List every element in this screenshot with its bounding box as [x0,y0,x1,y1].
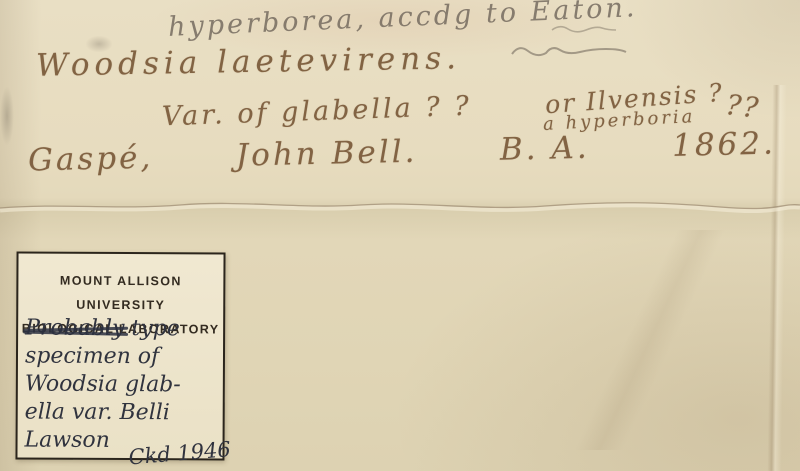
label-note-line-1-rest: type [124,316,180,341]
label-note-line-4: ella var. Belli [25,398,181,427]
collector-name: John Bell. [235,134,417,174]
collection-year: 1862. [672,126,777,164]
label-note-line-3: Woodsia glab- [25,370,181,399]
label-note-line-1: Probably type [25,315,181,344]
variety-query-marks: ?? [724,88,762,125]
pencil-smudge-left-edge [0,86,14,146]
variety-query-line: Var. of glabella ? ? [162,91,473,133]
collection-locality: Gaspé, [28,140,154,179]
paper-crease-diagonal [500,230,800,450]
species-name-line: Woodsia laetevirens. [36,40,462,83]
collector-degree: B. A. [500,130,591,168]
struck-word: Probably [25,315,124,344]
paper-shadow-bottom-right [390,210,800,471]
pencil-annotation-top: hyperborea, accdg to Eaton. [168,0,638,43]
specimen-sheet: hyperborea, accdg to Eaton. Woodsia laet… [0,0,800,471]
label-note-line-2: specimen of [25,343,181,372]
paper-fold-crease [0,190,800,234]
university-label: MOUNT ALLISON UNIVERSITY BIOLOGICAL LABO… [15,251,225,460]
label-institution-line-1: MOUNT ALLISON UNIVERSITY [18,268,223,317]
collection-line: Gaspé, John Bell. B. A. 1862. [28,126,777,179]
